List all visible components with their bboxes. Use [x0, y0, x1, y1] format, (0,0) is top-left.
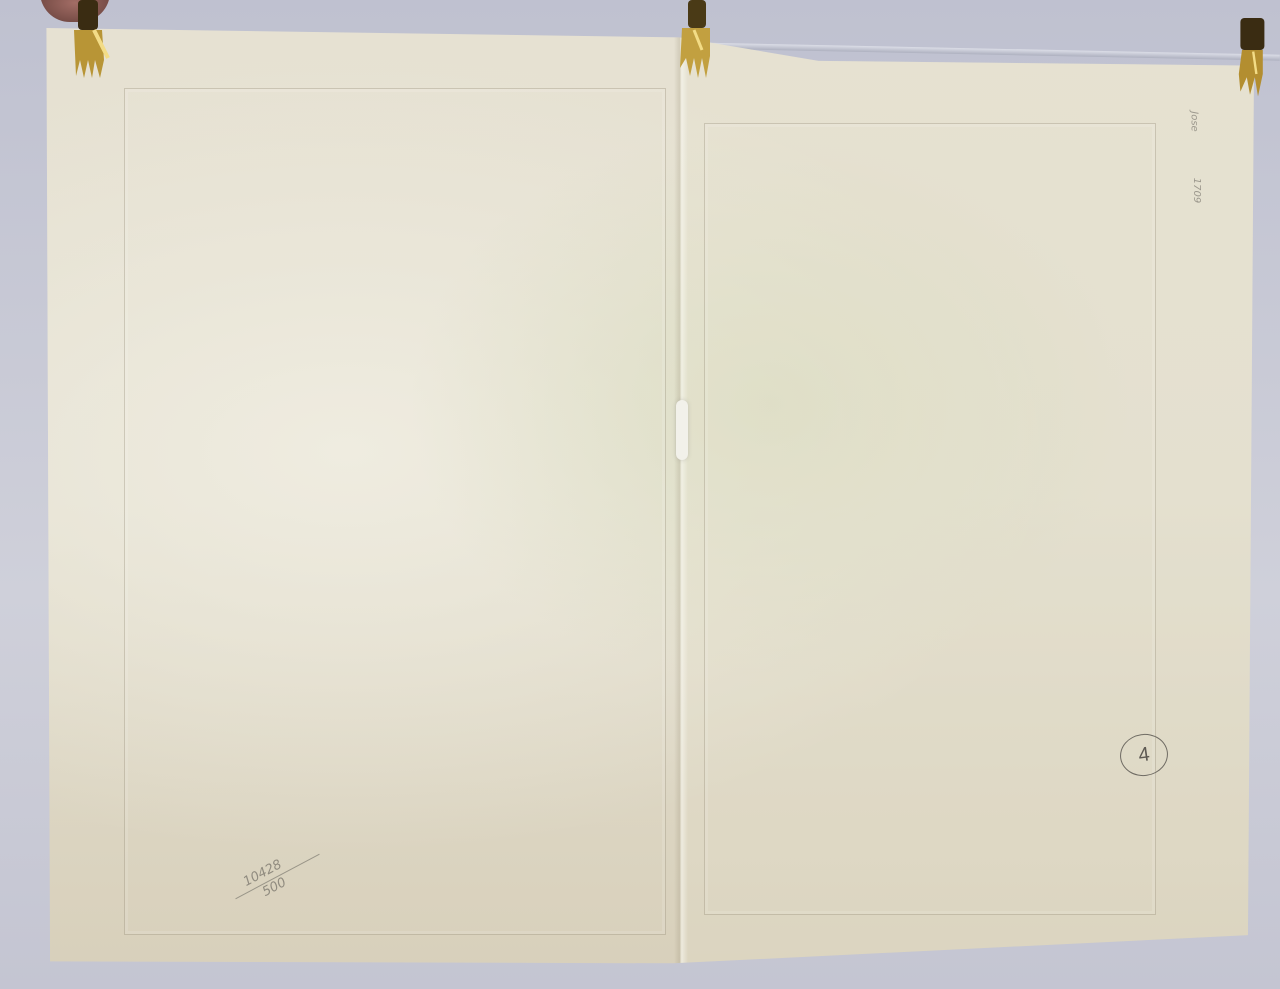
center-fold	[674, 28, 688, 968]
circled-number-text: 4	[1137, 743, 1151, 767]
hand-clip-icon	[1226, 18, 1274, 98]
edge-note-top: Jose	[1189, 111, 1200, 131]
hand-clip-icon	[672, 0, 720, 80]
hand-clip-icon	[64, 0, 112, 80]
plate-mark-left	[124, 88, 666, 935]
plate-mark-right	[704, 123, 1156, 915]
edge-note-bottom: 1709	[1191, 178, 1202, 203]
fold-repair	[676, 400, 688, 460]
paper-sheet: 10428 500 4 Jose 1709	[44, 28, 1254, 968]
